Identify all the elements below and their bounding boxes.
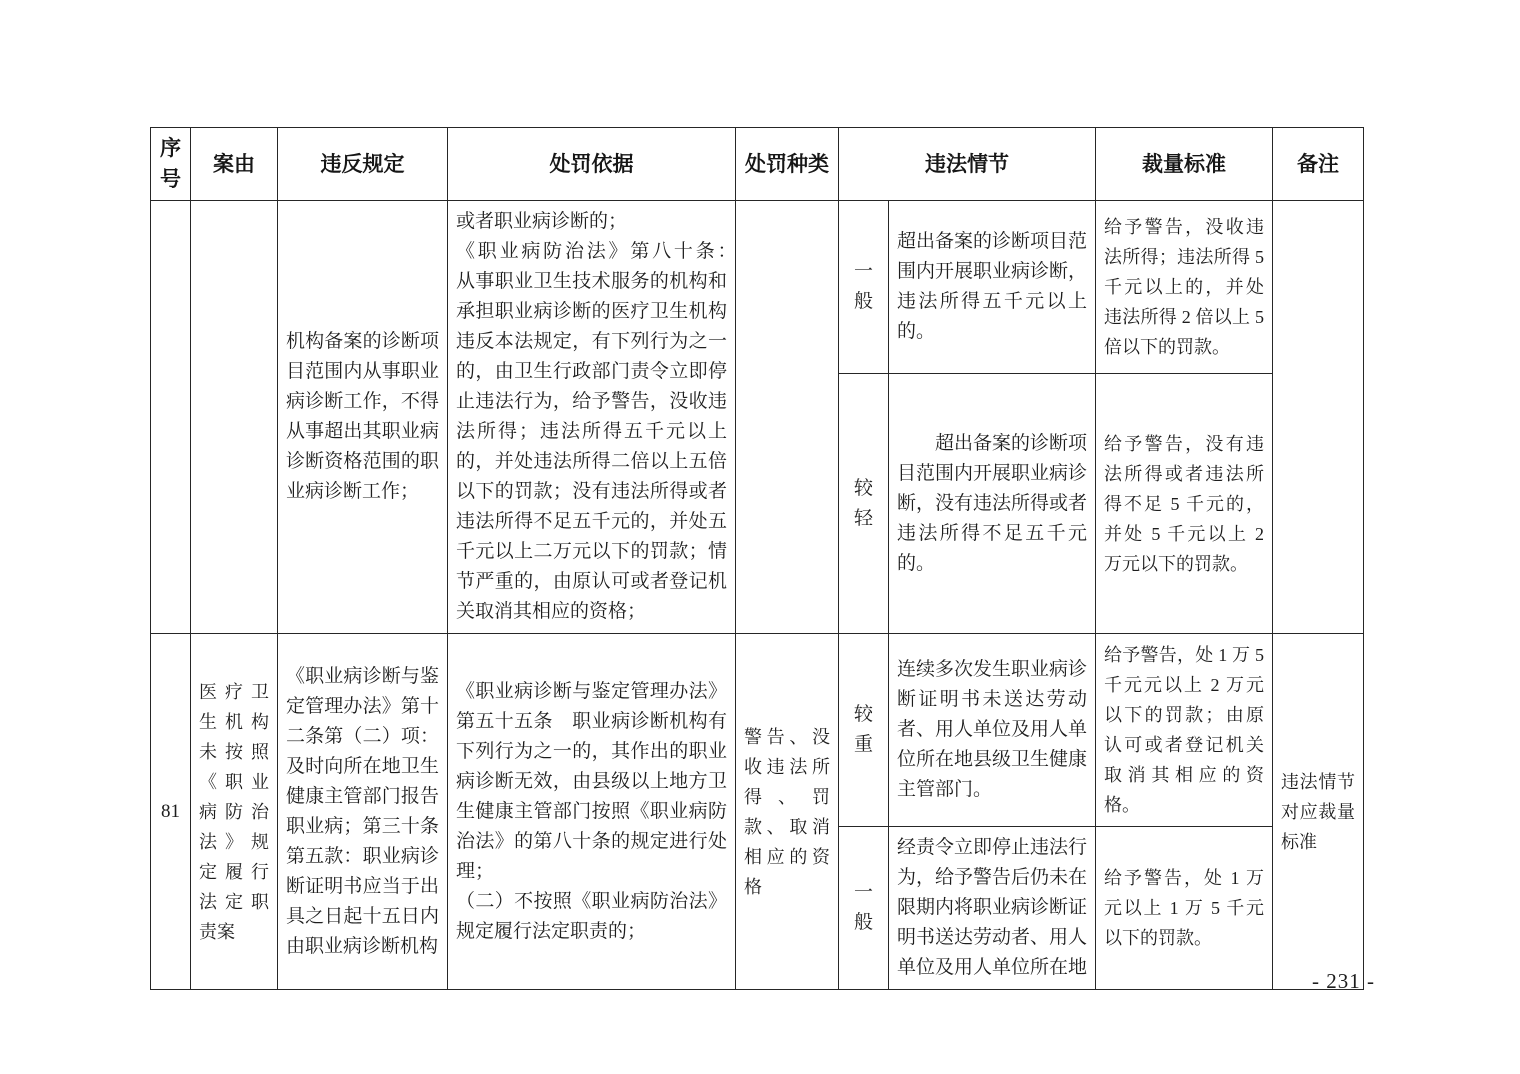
penalty-discretion-table: 序号 案由 违反规定 处罚依据 处罚种类 违法情节 裁量标准 备注 机构备案的诊…	[150, 127, 1364, 990]
header-violated-provision: 违反规定	[278, 128, 448, 201]
cell-severity-row-a-2: 较轻	[839, 374, 889, 634]
cell-penalty-type-row-a	[736, 201, 839, 634]
cell-penalty-basis-row-b: 《职业病诊断与鉴定管理办法》第五十五条 职业病诊断机构有下列行为之一的，其作出的…	[448, 634, 736, 990]
cell-seq-row-a	[151, 201, 191, 634]
header-violation-circumstance: 违法情节	[839, 128, 1096, 201]
cell-penalty-type-row-b: 警告、没收违法所得、罚款、取消相应的资格	[736, 634, 839, 990]
cell-cause-row-a	[191, 201, 278, 634]
standard-text: 给予警告，没有违法所得或者违法所得不足 5 千元的，并处 5 千元以上 2 万元…	[1104, 429, 1264, 579]
cell-remark-row-a	[1273, 201, 1364, 634]
header-penalty-type: 处罚种类	[736, 128, 839, 201]
cell-violated-provision-row-a: 机构备案的诊断项目范围内从事职业病诊断工作，不得从事超出其职业病诊断资格范围的职…	[278, 201, 448, 634]
cell-circumstance-row-b-2: 经责令立即停止违法行为，给予警告后仍未在限期内将职业病诊断证明书送达劳动者、用人…	[889, 827, 1096, 990]
penalty-type-text: 警告、没收违法所得、罚款、取消相应的资格	[744, 722, 830, 902]
violated-provision-text: 机构备案的诊断项目范围内从事职业病诊断工作，不得从事超出其职业病诊断资格范围的职…	[286, 327, 439, 507]
circumstance-text: 连续多次发生职业病诊断证明书未送达劳动者、用人单位及用人单位所在地县级卫生健康主…	[897, 655, 1087, 805]
cell-seq-row-b: 81	[151, 634, 191, 990]
cell-severity-row-a-1: 一般	[839, 201, 889, 374]
table-header-row: 序号 案由 违反规定 处罚依据 处罚种类 违法情节 裁量标准 备注	[151, 128, 1364, 201]
circumstance-text: 超出备案的诊断项目范围内开展职业病诊断，没有违法所得或者违法所得不足五千元的。	[897, 429, 1087, 579]
circumstance-text: 超出备案的诊断项目范围内开展职业病诊断，违法所得五千元以上的。	[897, 227, 1087, 347]
cell-standard-row-b-2: 给予警告，处 1 万元以上 1 万 5 千元以下的罚款。	[1096, 827, 1273, 990]
cause-text: 医疗卫生机构未按照《职业病防治法》规定履行法定职责案	[199, 677, 269, 947]
table-row-b-sub-1: 81 医疗卫生机构未按照《职业病防治法》规定履行法定职责案 《职业病诊断与鉴定管…	[151, 634, 1364, 827]
cell-severity-row-b-2: 一般	[839, 827, 889, 990]
cell-standard-row-b-1: 给予警告，处 1 万 5 千元元以上 2 万元以下的罚款；由原认可或者登记机关取…	[1096, 634, 1273, 827]
page-number: - 231 -	[1312, 969, 1375, 994]
cell-violated-provision-row-b: 《职业病诊断与鉴定管理办法》第十二条第（二）项：及时向所在地卫生健康主管部门报告…	[278, 634, 448, 990]
header-remark: 备注	[1273, 128, 1364, 201]
header-penalty-basis: 处罚依据	[448, 128, 736, 201]
cell-remark-row-b: 违法情节对应裁量标准	[1273, 634, 1364, 990]
header-discretion-standard: 裁量标准	[1096, 128, 1273, 201]
standard-text: 给予警告，处 1 万元以上 1 万 5 千元以下的罚款。	[1104, 863, 1264, 953]
table-row-a-sub-1: 机构备案的诊断项目范围内从事职业病诊断工作，不得从事超出其职业病诊断资格范围的职…	[151, 201, 1364, 374]
cell-circumstance-row-a-1: 超出备案的诊断项目范围内开展职业病诊断，违法所得五千元以上的。	[889, 201, 1096, 374]
cell-standard-row-a-1: 给予警告，没收违法所得；违法所得 5 千元以上的，并处违法所得 2 倍以上 5 …	[1096, 201, 1273, 374]
cell-severity-row-b-1: 较重	[839, 634, 889, 827]
penalty-basis-paragraph: 《职业病诊断与鉴定管理办法》第五十五条 职业病诊断机构有下列行为之一的，其作出的…	[456, 677, 727, 887]
header-cause: 案由	[191, 128, 278, 201]
standard-text: 给予警告，处 1 万 5 千元元以上 2 万元以下的罚款；由原认可或者登记机关取…	[1104, 640, 1264, 820]
document-page: 序号 案由 违反规定 处罚依据 处罚种类 违法情节 裁量标准 备注 机构备案的诊…	[0, 0, 1520, 1074]
penalty-basis-paragraph: （二）不按照《职业病防治法》规定履行法定职责的；	[456, 887, 727, 947]
penalty-basis-paragraph: 或者职业病诊断的；	[456, 207, 727, 237]
cell-circumstance-row-a-2: 超出备案的诊断项目范围内开展职业病诊断，没有违法所得或者违法所得不足五千元的。	[889, 374, 1096, 634]
circumstance-text: 经责令立即停止违法行为，给予警告后仍未在限期内将职业病诊断证明书送达劳动者、用人…	[897, 833, 1087, 983]
remark-text: 违法情节对应裁量标准	[1281, 767, 1355, 857]
cell-penalty-basis-row-a: 或者职业病诊断的； 《职业病防治法》第八十条： 从事职业卫生技术服务的机构和承担…	[448, 201, 736, 634]
cell-standard-row-a-2: 给予警告，没有违法所得或者违法所得不足 5 千元的，并处 5 千元以上 2 万元…	[1096, 374, 1273, 634]
header-seq: 序号	[151, 128, 191, 201]
cell-cause-row-b: 医疗卫生机构未按照《职业病防治法》规定履行法定职责案	[191, 634, 278, 990]
violated-provision-text: 《职业病诊断与鉴定管理办法》第十二条第（二）项：及时向所在地卫生健康主管部门报告…	[286, 662, 439, 962]
cell-circumstance-row-b-1: 连续多次发生职业病诊断证明书未送达劳动者、用人单位及用人单位所在地县级卫生健康主…	[889, 634, 1096, 827]
standard-text: 给予警告，没收违法所得；违法所得 5 千元以上的，并处违法所得 2 倍以上 5 …	[1104, 212, 1264, 362]
penalty-basis-paragraph: 《职业病防治法》第八十条： 从事职业卫生技术服务的机构和承担职业病诊断的医疗卫生…	[456, 237, 727, 627]
